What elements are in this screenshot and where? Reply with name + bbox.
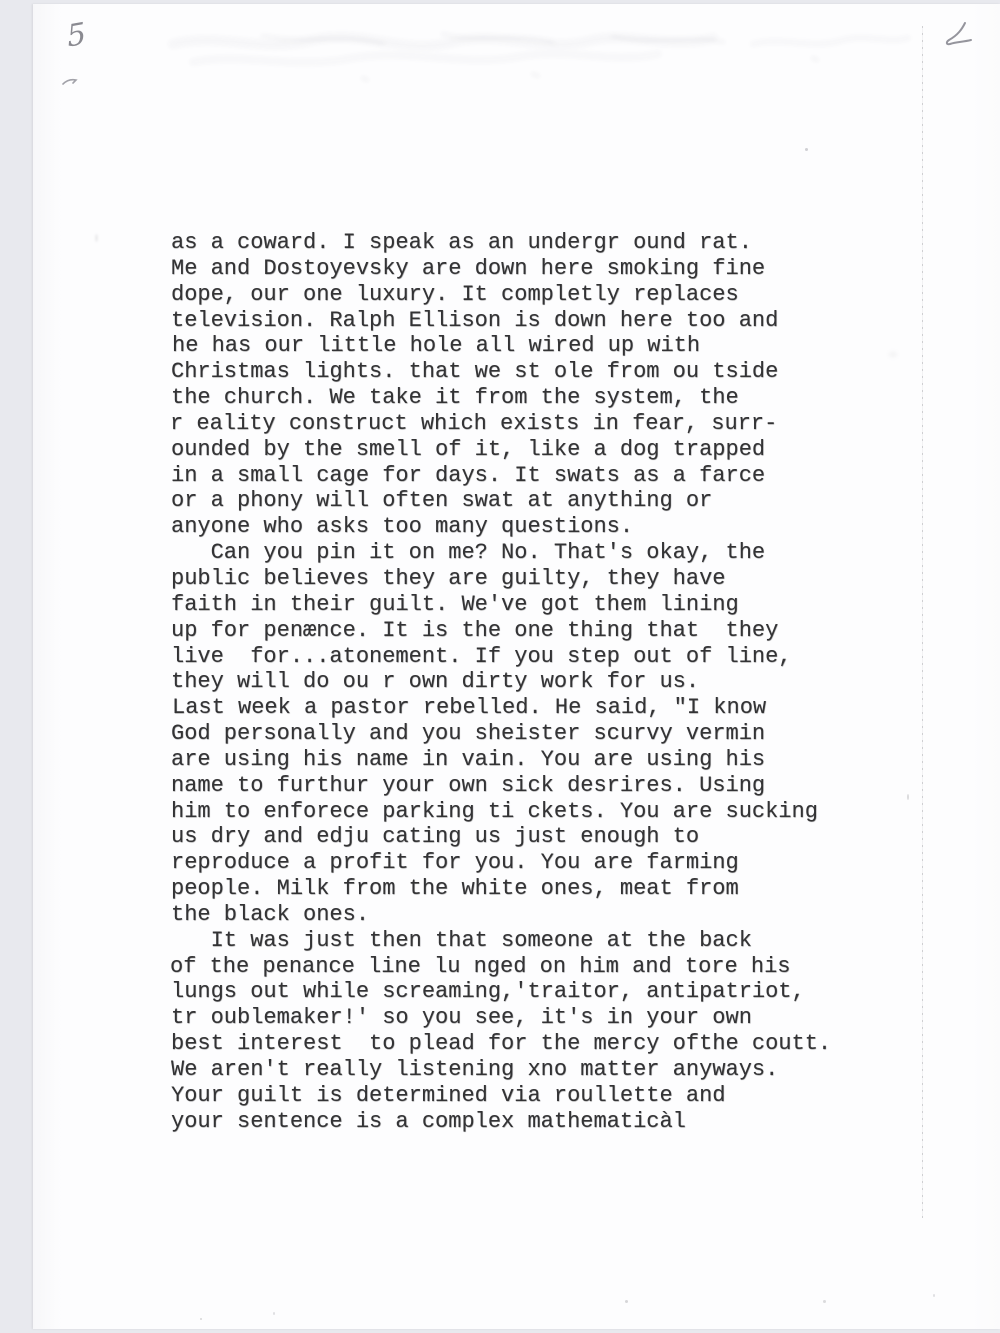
typed-line: people. Milk from the white ones, meat f… <box>171 876 831 902</box>
typed-line: tr oublemaker!' so you see, it's in your… <box>171 1005 831 1031</box>
typed-line: Your guilt is determined via roullette a… <box>171 1083 831 1109</box>
scan-speck <box>933 1294 935 1297</box>
typed-line: Can you pin it on me? No. That's okay, t… <box>171 540 831 566</box>
typed-line: public believes they are guilty, they ha… <box>171 566 831 592</box>
typed-line: live for...atonement. If you step out of… <box>171 644 831 670</box>
typed-line: us dry and edju cating us just enough to <box>171 824 831 850</box>
scan-speck <box>823 1300 826 1303</box>
scan-speck <box>805 148 808 151</box>
typed-line: he has our little hole all wired up with <box>172 333 832 359</box>
typed-line: as a coward. I speak as an undergr ound … <box>171 230 831 256</box>
typed-line: dope, our one luxury. It completly repla… <box>171 282 831 308</box>
scan-speck <box>95 234 98 242</box>
handwritten-page-number: 5 <box>65 16 87 54</box>
erased-pencil-smudge <box>113 14 933 94</box>
typed-line: Last week a pastor rebelled. He said, "I… <box>172 695 832 721</box>
scan-speck <box>889 352 897 357</box>
handwritten-corner-mark <box>941 20 977 52</box>
scanned-document: { "document": { "handwritten_page_number… <box>0 0 1000 1333</box>
typed-line: It was just then that someone at the bac… <box>171 928 831 954</box>
typed-line: name to furthur your own sick desrires. … <box>171 773 831 799</box>
typed-line: We aren't really listening xno matter an… <box>171 1057 831 1083</box>
typed-line: reproduce a profit for you. You are farm… <box>171 850 831 876</box>
typed-line: are using his name in vain. You are usin… <box>171 747 831 773</box>
typed-line: faith in their guilt. We've got them lin… <box>171 592 831 618</box>
typed-line: your sentence is a complex mathematicàl <box>171 1109 831 1135</box>
typed-line: up for penænce. It is the one thing that… <box>171 618 831 644</box>
typed-line: him to enforece parking ti ckets. You ar… <box>171 799 831 825</box>
typed-line: anyone who asks too many questions. <box>171 514 831 540</box>
typed-line: television. Ralph Ellison is down here t… <box>171 308 831 334</box>
document-page: 5 as a coward. I speak as an undergr oun… <box>33 4 1000 1329</box>
pencil-tick-mark <box>61 74 81 88</box>
typed-line: they will do ou r own dirty work for us. <box>171 669 831 695</box>
scan-speck <box>273 1312 275 1315</box>
typed-line: in a small cage for days. It swats as a … <box>171 463 831 489</box>
scan-speck <box>907 794 909 800</box>
typed-line: God personally and you sheister scurvy v… <box>171 721 831 747</box>
typed-line: of the penance line lu nged on him and t… <box>170 954 830 980</box>
scan-speck <box>363 572 367 575</box>
typed-line: the black ones. <box>171 902 831 928</box>
typed-line: best interest to plead for the mercy oft… <box>171 1031 831 1057</box>
typed-text-block: as a coward. I speak as an undergr ound … <box>171 230 831 1135</box>
typed-line: the church. We take it from the system, … <box>171 385 831 411</box>
scan-speck <box>625 1300 628 1303</box>
typed-line: r eality construct which exists in fear,… <box>170 411 830 437</box>
typed-line: lungs out while screaming,'traitor, anti… <box>171 979 831 1005</box>
typed-line: or a phony will often swat at anything o… <box>171 488 831 514</box>
vertical-fold-line <box>922 26 923 1218</box>
scan-speck <box>200 1318 202 1320</box>
typed-line: Me and Dostoyevsky are down here smoking… <box>171 256 831 282</box>
typed-line: Christmas lights. that we st ole from ou… <box>171 359 831 385</box>
typed-line: ounded by the smell of it, like a dog tr… <box>171 437 831 463</box>
